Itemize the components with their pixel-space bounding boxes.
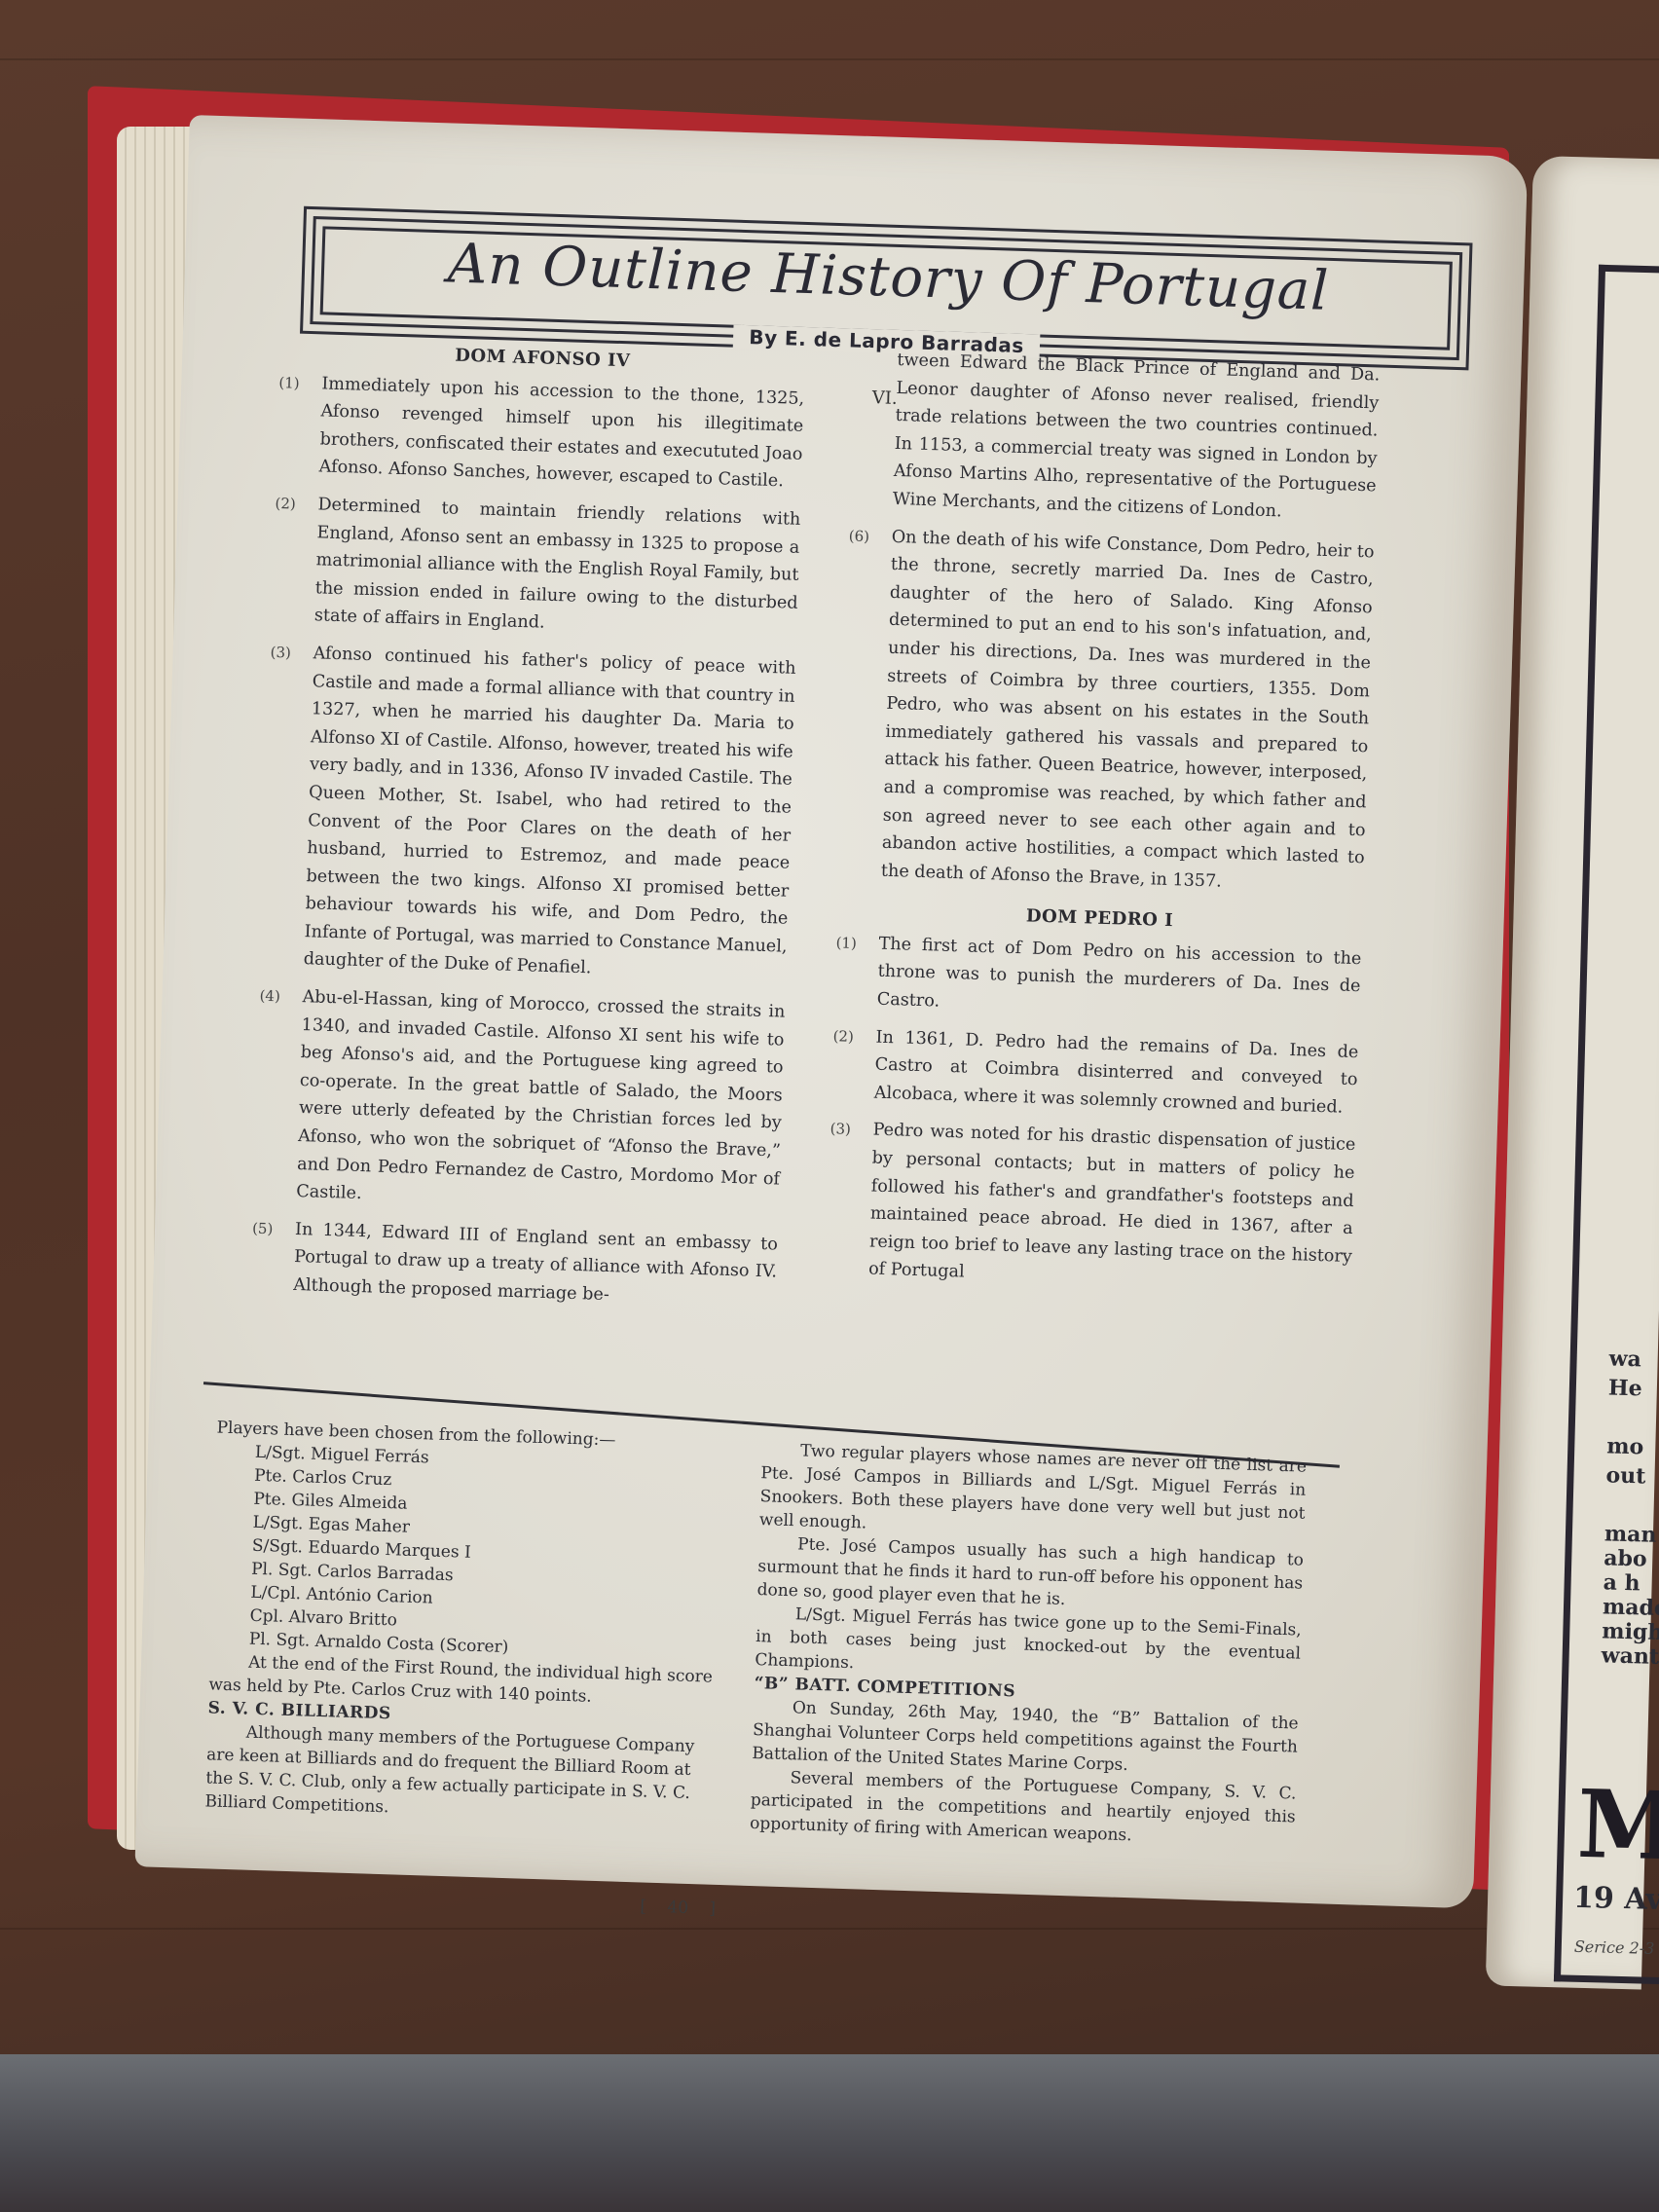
item-text: Afonso continued his father's policy of … <box>303 644 795 978</box>
item-number: (5) <box>252 1214 274 1242</box>
sports-right-column: Two regular players whose names are neve… <box>750 1438 1308 1852</box>
ad-address: 19 Aven <box>1573 1881 1659 1918</box>
item-text: Abu-el-Hassan, king of Morocco, crossed … <box>296 987 786 1203</box>
list-item: (1) The first act of Dom Pedro on his ac… <box>833 929 1361 1029</box>
left-column: DOM AFONSO IV (1) Immediately upon his a… <box>250 337 806 1324</box>
sports-left-column: Players have been chosen from the follow… <box>204 1417 723 1829</box>
item-number: (3) <box>270 639 291 667</box>
ad-text-fragment: out <box>1605 1462 1646 1489</box>
item-text: Immediately upon his accession to the th… <box>318 374 804 492</box>
item-number: (6) <box>848 522 869 550</box>
item-number: (2) <box>275 490 296 518</box>
ad-text-fragment: abo <box>1604 1545 1647 1571</box>
list-item: (1) Immediately upon his accession to th… <box>276 369 804 497</box>
ad-brand-letters: MI <box>1576 1769 1659 1883</box>
list-item: (2) In 1361, D. Pedro had the remains of… <box>830 1022 1358 1123</box>
right-column: tween Edward the Black Prince of England… <box>825 346 1380 1309</box>
item-number: (1) <box>835 929 857 957</box>
item-continuation: tween Edward the Black Prince of England… <box>850 346 1381 529</box>
advertisement-border <box>1554 265 1659 1985</box>
item-text: Determined to maintain friendly relation… <box>314 495 801 633</box>
list-item: (6) On the death of his wife Constance, … <box>838 522 1375 900</box>
ad-text-fragment: want <box>1601 1642 1659 1670</box>
list-item: (5) In 1344, Edward III of England sent … <box>250 1214 778 1314</box>
players-list: L/Sgt. Miguel Ferrás Pte. Carlos Cruz Pt… <box>209 1440 722 1666</box>
ad-text-fragment: wa <box>1608 1346 1641 1372</box>
list-item: (3) Pedro was noted for his drastic disp… <box>826 1116 1356 1299</box>
ad-text-fragment: migh <box>1602 1618 1659 1645</box>
page-number: [ 40 ] <box>640 1897 716 1918</box>
item-text: On the death of his wife Constance, Dom … <box>881 527 1375 891</box>
item-number: (2) <box>832 1022 854 1051</box>
item-text: In 1344, Edward III of England sent an e… <box>293 1220 778 1305</box>
ad-text-fragment: man <box>1604 1521 1657 1547</box>
item-text: The first act of Dom Pedro on his access… <box>876 935 1361 1012</box>
ad-text-fragment: He <box>1608 1375 1642 1401</box>
item-number: (4) <box>259 982 280 1011</box>
item-text: In 1361, D. Pedro had the remains of Da.… <box>873 1027 1358 1117</box>
item-number: (3) <box>829 1116 851 1144</box>
regulars-text: Two regular players whose names are neve… <box>759 1438 1308 1549</box>
ad-text-fragment: mo <box>1606 1433 1644 1459</box>
wood-grain <box>0 58 1659 60</box>
list-item: (3) Afonso continued his father's policy… <box>260 639 796 989</box>
ad-text-fragment: made <box>1603 1594 1659 1621</box>
item-text: Pedro was noted for his drastic dispensa… <box>868 1121 1356 1282</box>
ad-telephone: Serice 2-3 <box>1574 1937 1655 1958</box>
billiards-text: Although many members of the Portuguese … <box>204 1719 714 1828</box>
magazine-page: An Outline History Of Portugal By E. de … <box>134 115 1528 1908</box>
ad-text-fragment: a h <box>1603 1569 1641 1596</box>
list-item: (4) Abu-el-Hassan, king of Morocco, cros… <box>253 982 786 1222</box>
floor-background <box>0 2054 1659 2212</box>
item-number: (1) <box>278 369 300 397</box>
wood-grain <box>0 1928 1659 1930</box>
list-item: (2) Determined to maintain friendly rela… <box>271 490 800 645</box>
